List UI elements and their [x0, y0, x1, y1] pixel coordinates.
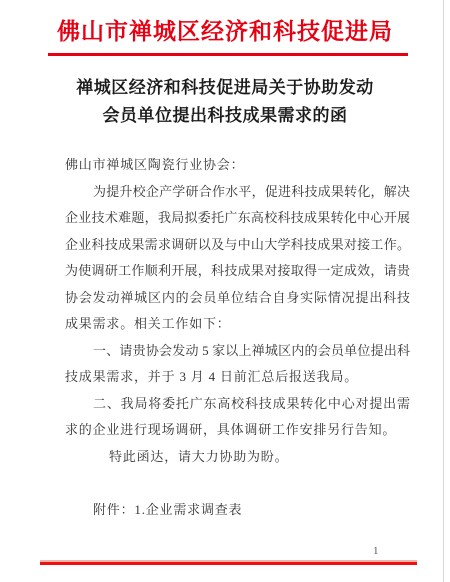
body-line: 技成果需求，并于 3 月 4 日前汇总后报送我局。 — [65, 364, 410, 391]
scanned-letter-page: 佛山市禅城区经济和科技促进局 禅城区经济和科技促进局关于协助发动 会员单位提出科… — [0, 0, 450, 582]
body-line: 成果需求。相关工作如下： — [65, 311, 410, 338]
document-title-line2: 会员单位提出科技成果需求的函 — [0, 102, 450, 130]
document-title-line1: 禅城区经济和科技促进局关于协助发动 — [0, 74, 450, 102]
document-title: 禅城区经济和科技促进局关于协助发动 会员单位提出科技成果需求的函 — [0, 74, 450, 130]
body-line: 协会发动禅城区内的会员单位结合自身实际情况提出科技 — [65, 285, 410, 312]
footer-divider-line — [40, 562, 417, 565]
letter-body: 佛山市禅城区陶瓷行业协会：为提升校企产学研合作水平，促进科技成果转化，解决企业技… — [65, 152, 410, 523]
letterhead-org-name: 佛山市禅城区经济和科技促进局 — [0, 17, 450, 47]
body-line: 附件：1.企业需求调查表 — [65, 497, 410, 524]
page-number: 1 — [373, 545, 379, 557]
body-line: 特此函达，请大力协助为盼。 — [65, 444, 410, 471]
body-line: 佛山市禅城区陶瓷行业协会： — [65, 152, 410, 179]
body-line: 求的企业进行现场调研，具体调研工作安排另行告知。 — [65, 417, 410, 444]
body-line: 企业技术难题，我局拟委托广东高校科技成果转化中心开展 — [65, 205, 410, 232]
body-line: 为提升校企产学研合作水平，促进科技成果转化，解决 — [65, 179, 410, 206]
page-scan-edge — [443, 0, 444, 582]
body-line: 企业科技成果需求调研以及与中山大学科技成果对接工作。 — [65, 232, 410, 259]
body-line: 为使调研工作顺利开展，科技成果对接取得一定成效，请贵 — [65, 258, 410, 285]
letterhead-divider-line — [48, 53, 408, 56]
body-line: 一、请贵协会发动 5 家以上禅城区内的会员单位提出科 — [65, 338, 410, 365]
body-line: 二、我局将委托广东高校科技成果转化中心对提出需 — [65, 391, 410, 418]
